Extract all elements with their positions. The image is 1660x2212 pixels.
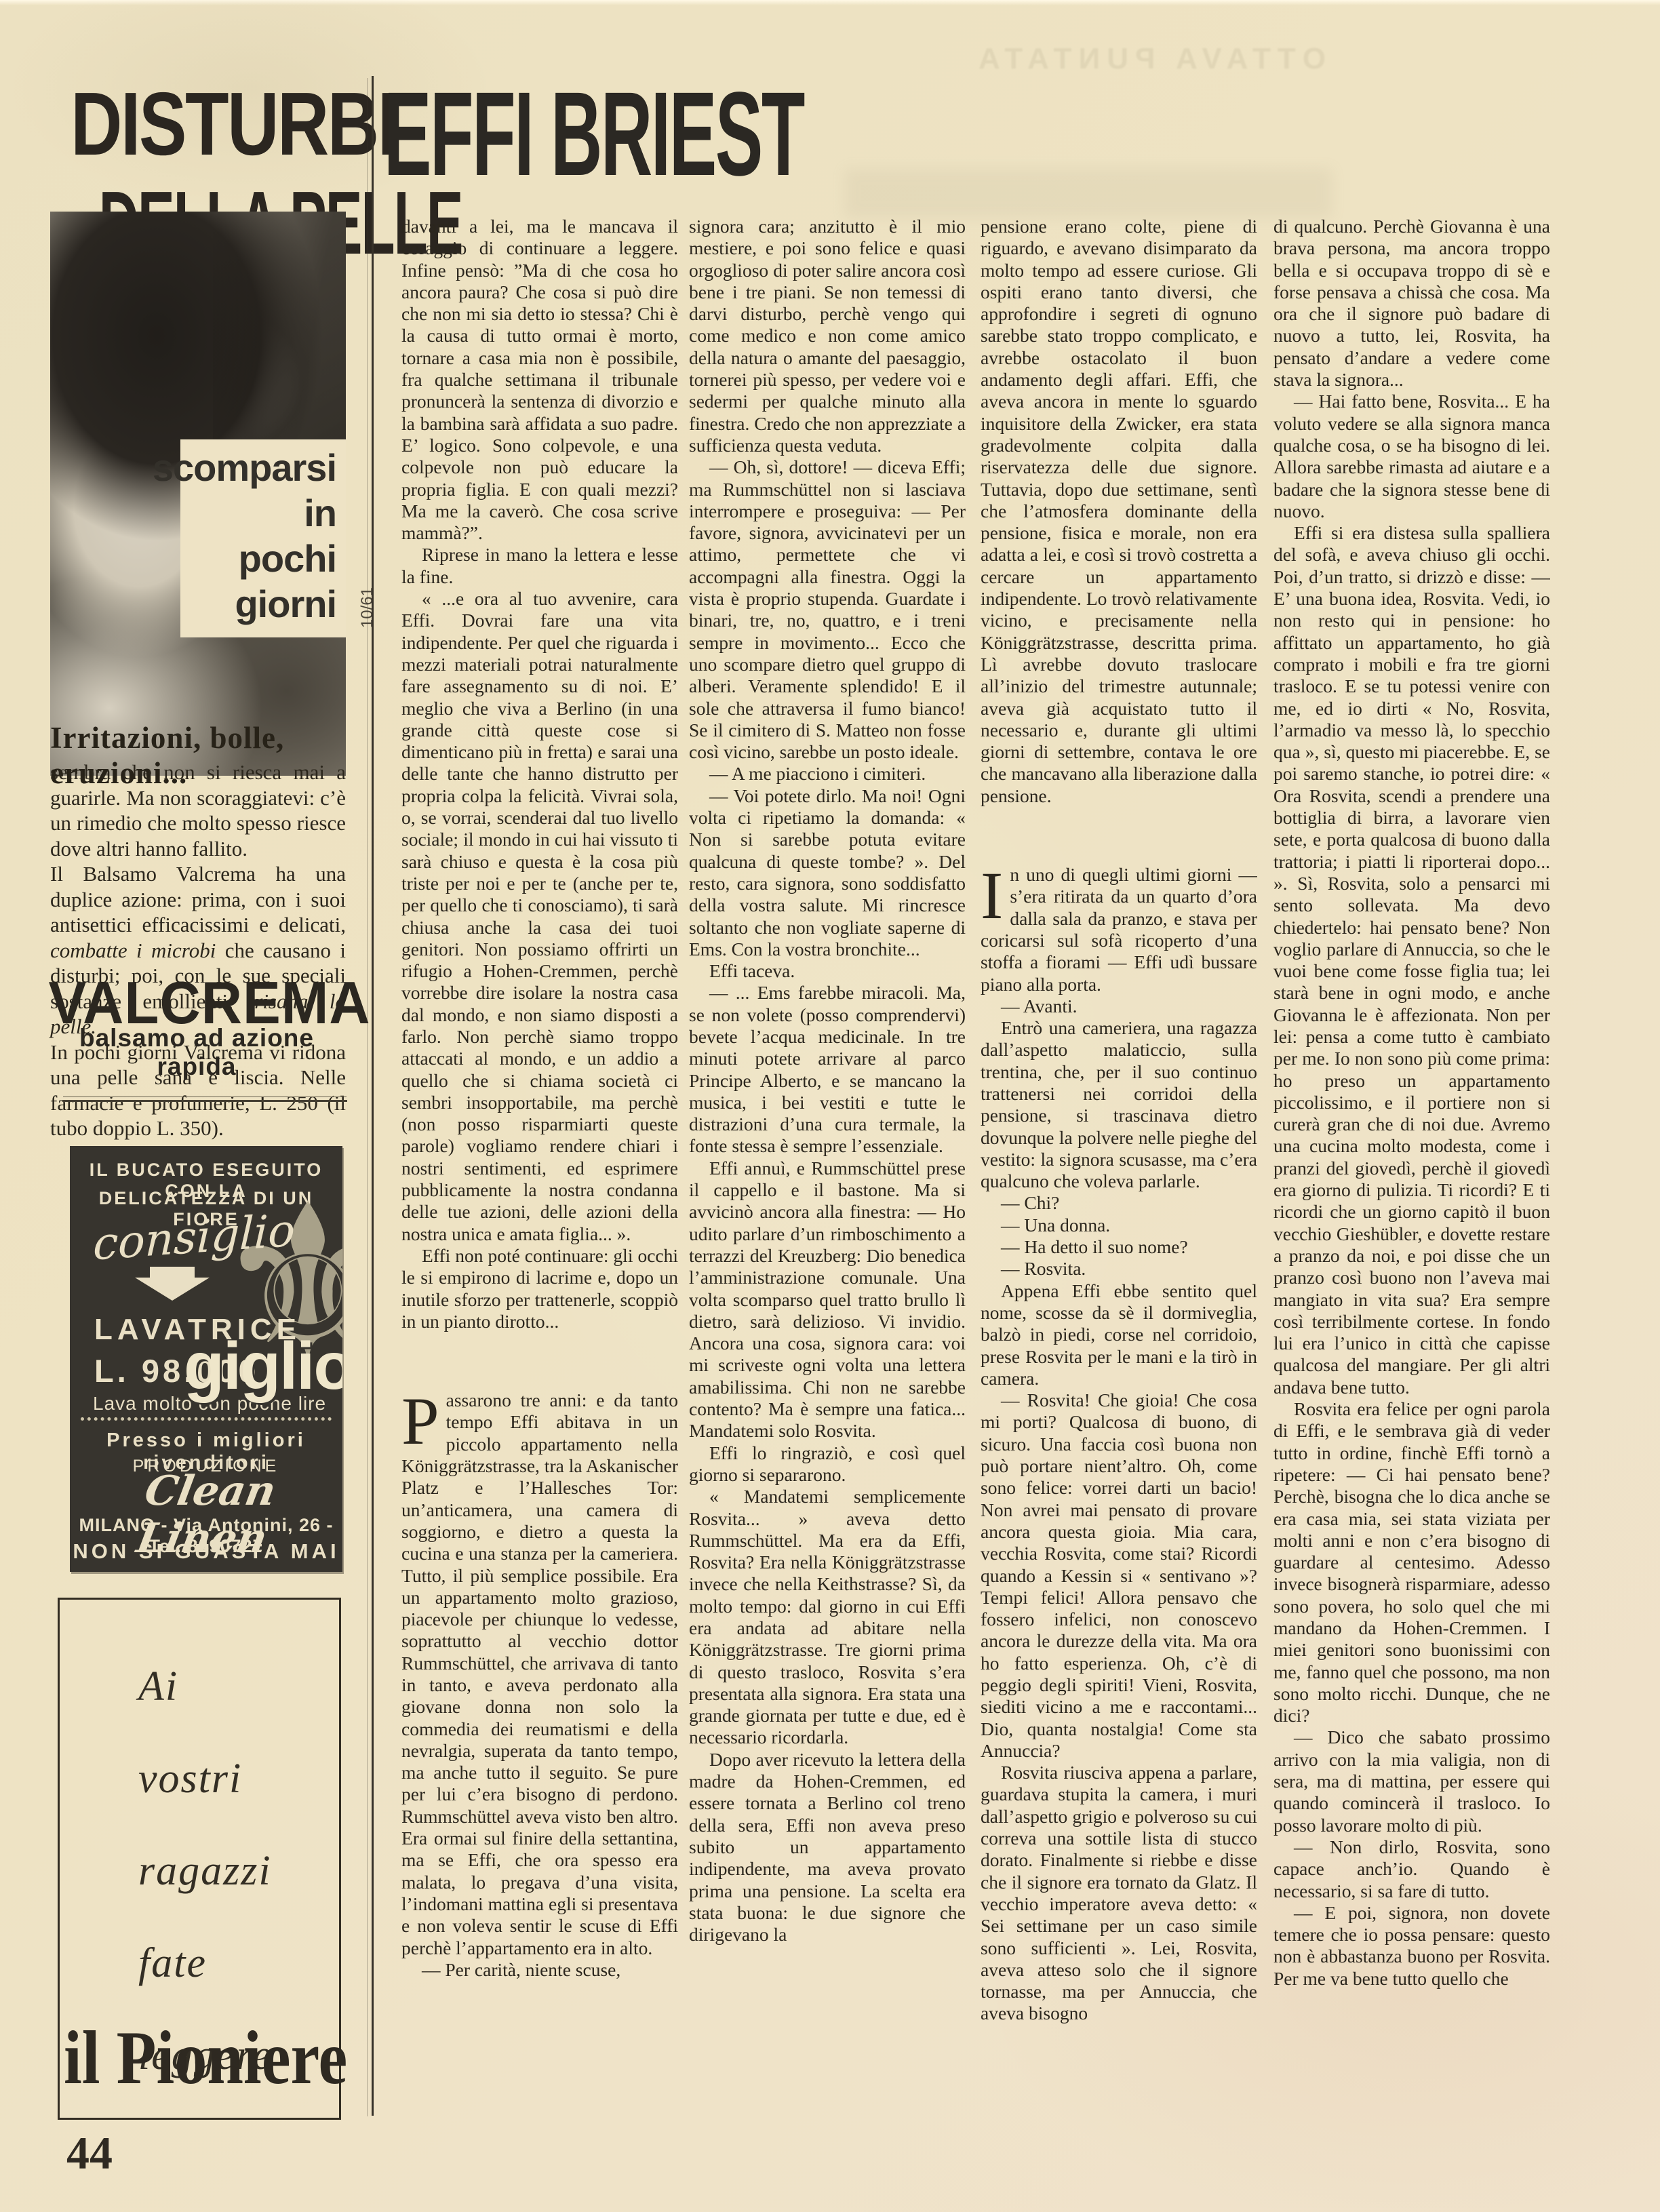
article-paragraph: Effi si era distesa sulla spalliera del … — [1273, 522, 1550, 1398]
article-paragraph: — Rosvita! Che gioia! Che cosa mi porti?… — [981, 1389, 1257, 1762]
pioniere-ad: Aivostriragazzifateleggere il Pioniere — [58, 1598, 341, 2120]
article-paragraph: « Mandatemi semplicemente Rosvita... » a… — [689, 1486, 966, 1749]
article-column-2: signora cara; anzitutto è il mio mestier… — [689, 216, 966, 2114]
article-column-4: di qualcuno. Perchè Giovanna è una brava… — [1273, 216, 1550, 2114]
sidebar-title-line1: DISTURBI — [71, 75, 321, 174]
showthrough-smudge — [844, 168, 1332, 218]
article-paragraph: — Non dirlo, Rosvita, sono capace anch’i… — [1273, 1836, 1550, 1902]
edition-code: 10/61 — [358, 587, 377, 628]
article-paragraph: — Per carità, niente scuse, — [401, 1959, 678, 1981]
article-paragraph: Riprese in mano la lettera e lesse la fi… — [401, 544, 678, 588]
article-paragraph: In uno di quegli ultimi giorni — s’era r… — [981, 864, 1257, 995]
article-headline: EFFI BRIEST — [384, 66, 804, 202]
article-column-3: pensione erano colte, piene di riguardo,… — [981, 216, 1257, 2114]
magazine-page: OTTAVA PUNTATA DISTURBI DELLA PELLE scom… — [0, 0, 1660, 2212]
article-paragraph: Passarono tre anni: e da tanto tempo Eff… — [401, 1389, 678, 1959]
article-paragraph: — Oh, sì, dottore! — diceva Effi; ma Rum… — [689, 456, 966, 763]
down-arrow-icon — [150, 1267, 195, 1278]
down-arrow-head — [135, 1278, 210, 1301]
photo-caption-line: pochi — [153, 536, 336, 581]
article-paragraph: Rosvita era felice per ogni parola di Ef… — [1273, 1398, 1550, 1726]
article-paragraph: Effi non poté continuare: gli occhi le s… — [401, 1245, 678, 1332]
page-number: 44 — [66, 2127, 113, 2180]
article-paragraph: — Voi potete dirlo. Ma noi! Ogni volta c… — [689, 785, 966, 960]
photo-caption-line: scomparsi — [153, 445, 336, 490]
article-paragraph: Rosvita riusciva appena a parlare, guard… — [981, 1762, 1257, 2025]
pioniere-line: fate — [138, 1917, 273, 2009]
article-paragraph: — Rosvita. — [981, 1258, 1257, 1280]
article-paragraph: pensione erano colte, piene di riguardo,… — [981, 216, 1257, 807]
article-paragraph: Appena Effi ebbe sentito quel nome, scos… — [981, 1280, 1257, 1389]
article-paragraph: Effi lo ringraziò, e così quel giorno si… — [689, 1442, 966, 1486]
article-paragraph: — E poi, signora, non dovete temere che … — [1273, 1902, 1550, 1990]
article-paragraph: Effi annuì, e Rummschüttel prese il capp… — [689, 1158, 966, 1442]
article-paragraph: — Hai fatto bene, Rosvita... E ha voluto… — [1273, 391, 1550, 522]
giglio-brand: giglio — [184, 1328, 342, 1404]
photo-caption-line: giorni — [153, 581, 336, 627]
article-column-1: davanti a lei, ma le mancava il coraggio… — [401, 216, 678, 2114]
drop-cap: I — [981, 864, 1010, 922]
pioniere-line: vostri — [138, 1733, 273, 1825]
article-paragraph: — Una donna. — [981, 1214, 1257, 1236]
photo-caption: scomparsiinpochigiorni — [153, 445, 336, 627]
article-paragraph: davanti a lei, ma le mancava il coraggio… — [401, 216, 678, 544]
photo-caption-line: in — [153, 490, 336, 536]
article-paragraph: Entrò una cameriera, una ragazza dall’as… — [981, 1017, 1257, 1192]
drop-cap: P — [401, 1389, 446, 1448]
valcrema-tagline: balsamo ad azione rapida — [41, 1024, 353, 1081]
article-paragraph: — Chi? — [981, 1192, 1257, 1214]
pioniere-brand: il Pioniere — [64, 2015, 344, 2102]
article-paragraph: — A me piacciono i cimiteri. — [689, 763, 966, 785]
column-rule — [372, 76, 374, 2116]
article-paragraph: Dopo aver ricevuto la lettera della madr… — [689, 1749, 966, 1946]
pioniere-line: ragazzi — [138, 1825, 273, 1917]
giglio-dotted-rule — [81, 1417, 332, 1421]
article-paragraph: signora cara; anzitutto è il mio mestier… — [689, 216, 966, 456]
article-paragraph: « ...e ora al tuo avvenire, cara Effi. D… — [401, 588, 678, 1245]
showthrough-text: OTTAVA PUNTATA — [865, 42, 1326, 76]
valcrema-paragraph: sembra che non si riesca mai a guarirle.… — [50, 759, 346, 861]
article-paragraph: — Ha detto il suo nome? — [981, 1236, 1257, 1258]
article-paragraph: — Dico che sabato prossimo arrivo con la… — [1273, 1726, 1550, 1836]
article-paragraph: — Avanti. — [981, 995, 1257, 1017]
pioniere-line: Ai — [138, 1640, 273, 1733]
sidebar-divider — [62, 1100, 347, 1102]
valcrema-body: sembra che non si riesca mai a guarirle.… — [50, 759, 346, 1141]
article-paragraph: — ... Ems farebbe miracoli. Ma, se non v… — [689, 982, 966, 1157]
giglio-washer-ad: IL BUCATO ESEGUITO CON LA DELICATEZZA DI… — [70, 1146, 342, 1572]
article-paragraph: Effi taceva. — [689, 960, 966, 982]
article-paragraph: di qualcuno. Perchè Giovanna è una brava… — [1273, 216, 1550, 391]
photo-caption-panel: scomparsiinpochigiorni 10/61 — [180, 439, 346, 637]
giglio-slogan: NON SI GUASTA MAI — [70, 1539, 342, 1564]
